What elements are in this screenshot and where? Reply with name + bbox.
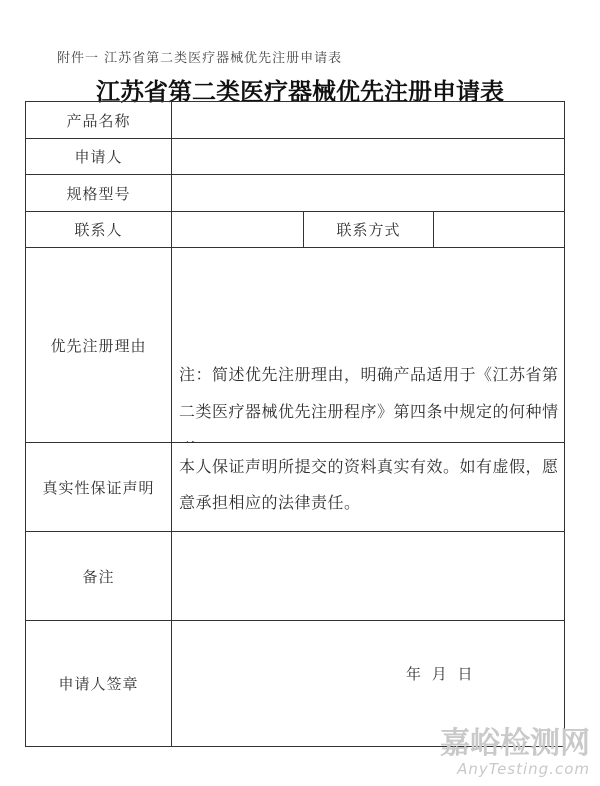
watermark: 嘉峪检测网 AnyTesting.com <box>440 728 590 778</box>
contact-method-label: 联系方式 <box>304 212 434 248</box>
watermark-en: AnyTesting.com <box>440 760 590 778</box>
priority-reason-label: 优先注册理由 <box>26 248 172 443</box>
application-form-table: 产品名称 申请人 规格型号 联系人 联系方式 优先注册理由 注：简述优先注册理由… <box>25 101 565 747</box>
product-name-label: 产品名称 <box>26 102 172 139</box>
row-applicant: 申请人 <box>26 139 565 175</box>
row-contact: 联系人 联系方式 <box>26 212 565 248</box>
spec-model-label: 规格型号 <box>26 175 172 212</box>
applicant-field[interactable] <box>172 139 565 175</box>
contact-person-label: 联系人 <box>26 212 172 248</box>
contact-method-field[interactable] <box>434 212 565 248</box>
remarks-label: 备注 <box>26 532 172 621</box>
priority-reason-field[interactable]: 注：简述优先注册理由，明确产品适用于《江苏省第二类医疗器械优先注册程序》第四条中… <box>172 248 565 443</box>
authenticity-label: 真实性保证声明 <box>26 443 172 532</box>
row-product-name: 产品名称 <box>26 102 565 139</box>
attachment-label: 附件一 江苏省第二类医疗器械优先注册申请表 <box>57 47 342 66</box>
authenticity-statement-text: 本人保证声明所提交的资料真实有效。如有虚假，愿意承担相应的法律责任。 <box>179 449 560 521</box>
spec-model-field[interactable] <box>172 175 565 212</box>
row-priority-reason: 优先注册理由 注：简述优先注册理由，明确产品适用于《江苏省第二类医疗器械优先注册… <box>26 248 565 443</box>
watermark-cn: 嘉峪检测网 <box>440 728 590 760</box>
row-remarks: 备注 <box>26 532 565 621</box>
remarks-field[interactable] <box>172 532 565 621</box>
authenticity-statement-cell: 本人保证声明所提交的资料真实有效。如有虚假，愿意承担相应的法律责任。 <box>172 443 565 532</box>
row-authenticity: 真实性保证声明 本人保证声明所提交的资料真实有效。如有虚假，愿意承担相应的法律责… <box>26 443 565 532</box>
product-name-field[interactable] <box>172 102 565 139</box>
applicant-label: 申请人 <box>26 139 172 175</box>
signature-label: 申请人签章 <box>26 621 172 747</box>
contact-person-field[interactable] <box>172 212 304 248</box>
row-spec-model: 规格型号 <box>26 175 565 212</box>
signature-date-placeholder: 年 月 日 <box>406 663 473 684</box>
